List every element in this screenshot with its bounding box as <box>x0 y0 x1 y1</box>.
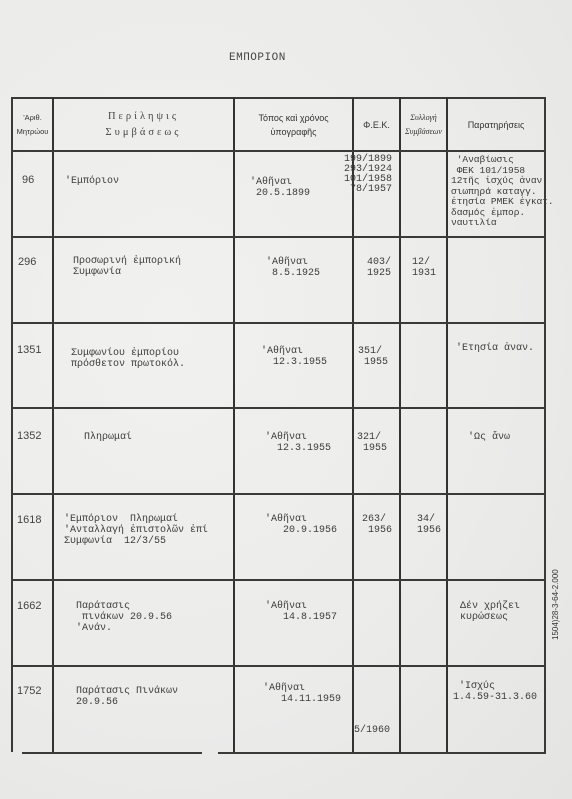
header-summary: Περίληψις Συμβάσεως <box>54 99 233 150</box>
row-divider <box>13 665 544 667</box>
row-divider <box>13 493 544 495</box>
registry-no: 296 <box>18 257 36 268</box>
remarks: 'Ισχύς 1.4.59-31.3.60 <box>453 681 537 703</box>
registry-no: 1662 <box>17 601 41 612</box>
print-code-label: 1504)28-3-64-2.000 <box>551 569 560 640</box>
fek-ref: 351/ 1955 <box>358 346 388 368</box>
contract-summary: 'Εμπόριον Πληρωμαί 'Ανταλλαγή ἐπιστολῶν … <box>64 514 208 547</box>
column-divider <box>399 97 401 752</box>
header-place-time: Τόπος καὶ χρόνος ὑπογραφῆς <box>235 99 352 150</box>
row-divider <box>13 150 544 152</box>
column-divider <box>52 97 54 752</box>
contract-summary: Παράτασις πινάκων 20.9.56 'Ανάν. <box>76 601 172 634</box>
fek-ref: 199/1899 293/1924 101/1958 78/1957 <box>344 155 392 195</box>
contract-summary: Προσωρινή ἐμπορική Συμφωνία <box>73 256 181 278</box>
header-remarks: Παρατηρήσεις <box>448 99 544 150</box>
fek-ref: 5/1960 <box>354 690 390 735</box>
place-time: 'Αθῆναι 8.5.1925 <box>266 257 320 279</box>
fek-ref: 321/ 1955 <box>357 432 387 454</box>
remarks: 'Ως ἄνω <box>468 432 510 443</box>
collection-ref: 34/ 1956 <box>417 514 441 536</box>
row-divider <box>13 579 544 581</box>
column-divider <box>446 97 448 752</box>
header-line: Συμβάσεων <box>405 125 442 139</box>
remarks: 'Αναβίωσις ΦΕΚ 101/1958 12τῆς ἰσχύς ἀναν… <box>451 155 554 229</box>
document-title: ΕΜΠΟΡΙΟΝ <box>229 52 286 64</box>
fek-ref: 403/ 1925 <box>367 257 391 279</box>
remarks: Δέν χρήζει κυρώσεως <box>460 601 520 623</box>
header-collection: Συλλογὴ Συμβάσεων <box>401 99 446 150</box>
header-line: Συμβάσεως <box>106 125 182 141</box>
contract-summary: Συμφωνίου ἐμπορίου πρόσθετον πρωτοκόλ. <box>71 348 185 370</box>
contract-summary: 'Εμπόριον <box>65 176 119 187</box>
place-time: 'Αθῆναι 14.11.1959 <box>263 683 341 705</box>
row-divider <box>13 236 544 238</box>
header-line: Φ.Ε.Κ. <box>363 118 390 132</box>
fek-ref: 263/ 1956 <box>362 514 392 536</box>
place-time: 'Αθῆναι 20.9.1956 <box>265 514 337 536</box>
table-bottom-border <box>218 752 546 754</box>
header-line: 'Αριθ. <box>23 111 42 125</box>
place-time: 'Αθῆναι 14.8.1957 <box>265 601 337 623</box>
registry-no: 1618 <box>17 515 41 526</box>
collection-ref: 12/ 1931 <box>412 257 436 279</box>
registry-no: 1351 <box>17 345 41 356</box>
header-line: Μητρώου <box>17 125 49 139</box>
registry-no: 1352 <box>17 431 41 442</box>
header-line: Περίληψις <box>108 109 179 125</box>
registry-no: 1752 <box>17 686 41 697</box>
remarks: 'Ετησία ἀναν. <box>456 343 534 354</box>
row-divider <box>13 322 544 324</box>
contract-summary: Παράτασις Πινάκων 20.9.56 <box>76 686 178 708</box>
header-line: Συλλογὴ <box>410 111 436 125</box>
place-time: 'Αθῆναι 12.3.1955 <box>261 346 327 368</box>
row-divider <box>13 407 544 409</box>
header-line: Παρατηρήσεις <box>468 118 525 132</box>
place-time: 'Αθῆναι 12.3.1955 <box>265 432 331 454</box>
column-divider <box>233 97 235 752</box>
header-fek: Φ.Ε.Κ. <box>354 99 399 150</box>
column-divider <box>352 97 354 752</box>
table-bottom-border <box>22 752 202 754</box>
place-time: 'Αθῆναι 20.5.1899 <box>250 177 310 199</box>
header-registry-no: 'Αριθ. Μητρώου <box>13 99 52 150</box>
header-line: ὑπογραφῆς <box>270 125 316 139</box>
header-line: Τόπος καὶ χρόνος <box>258 111 328 125</box>
scanned-page: ΕΜΠΟΡΙΟΝ 'Αριθ. Μητρώου Περίληψις Συμβάσ… <box>0 0 572 799</box>
contract-summary: Πληρωμαί <box>60 432 132 443</box>
registry-no: 96 <box>22 175 34 186</box>
